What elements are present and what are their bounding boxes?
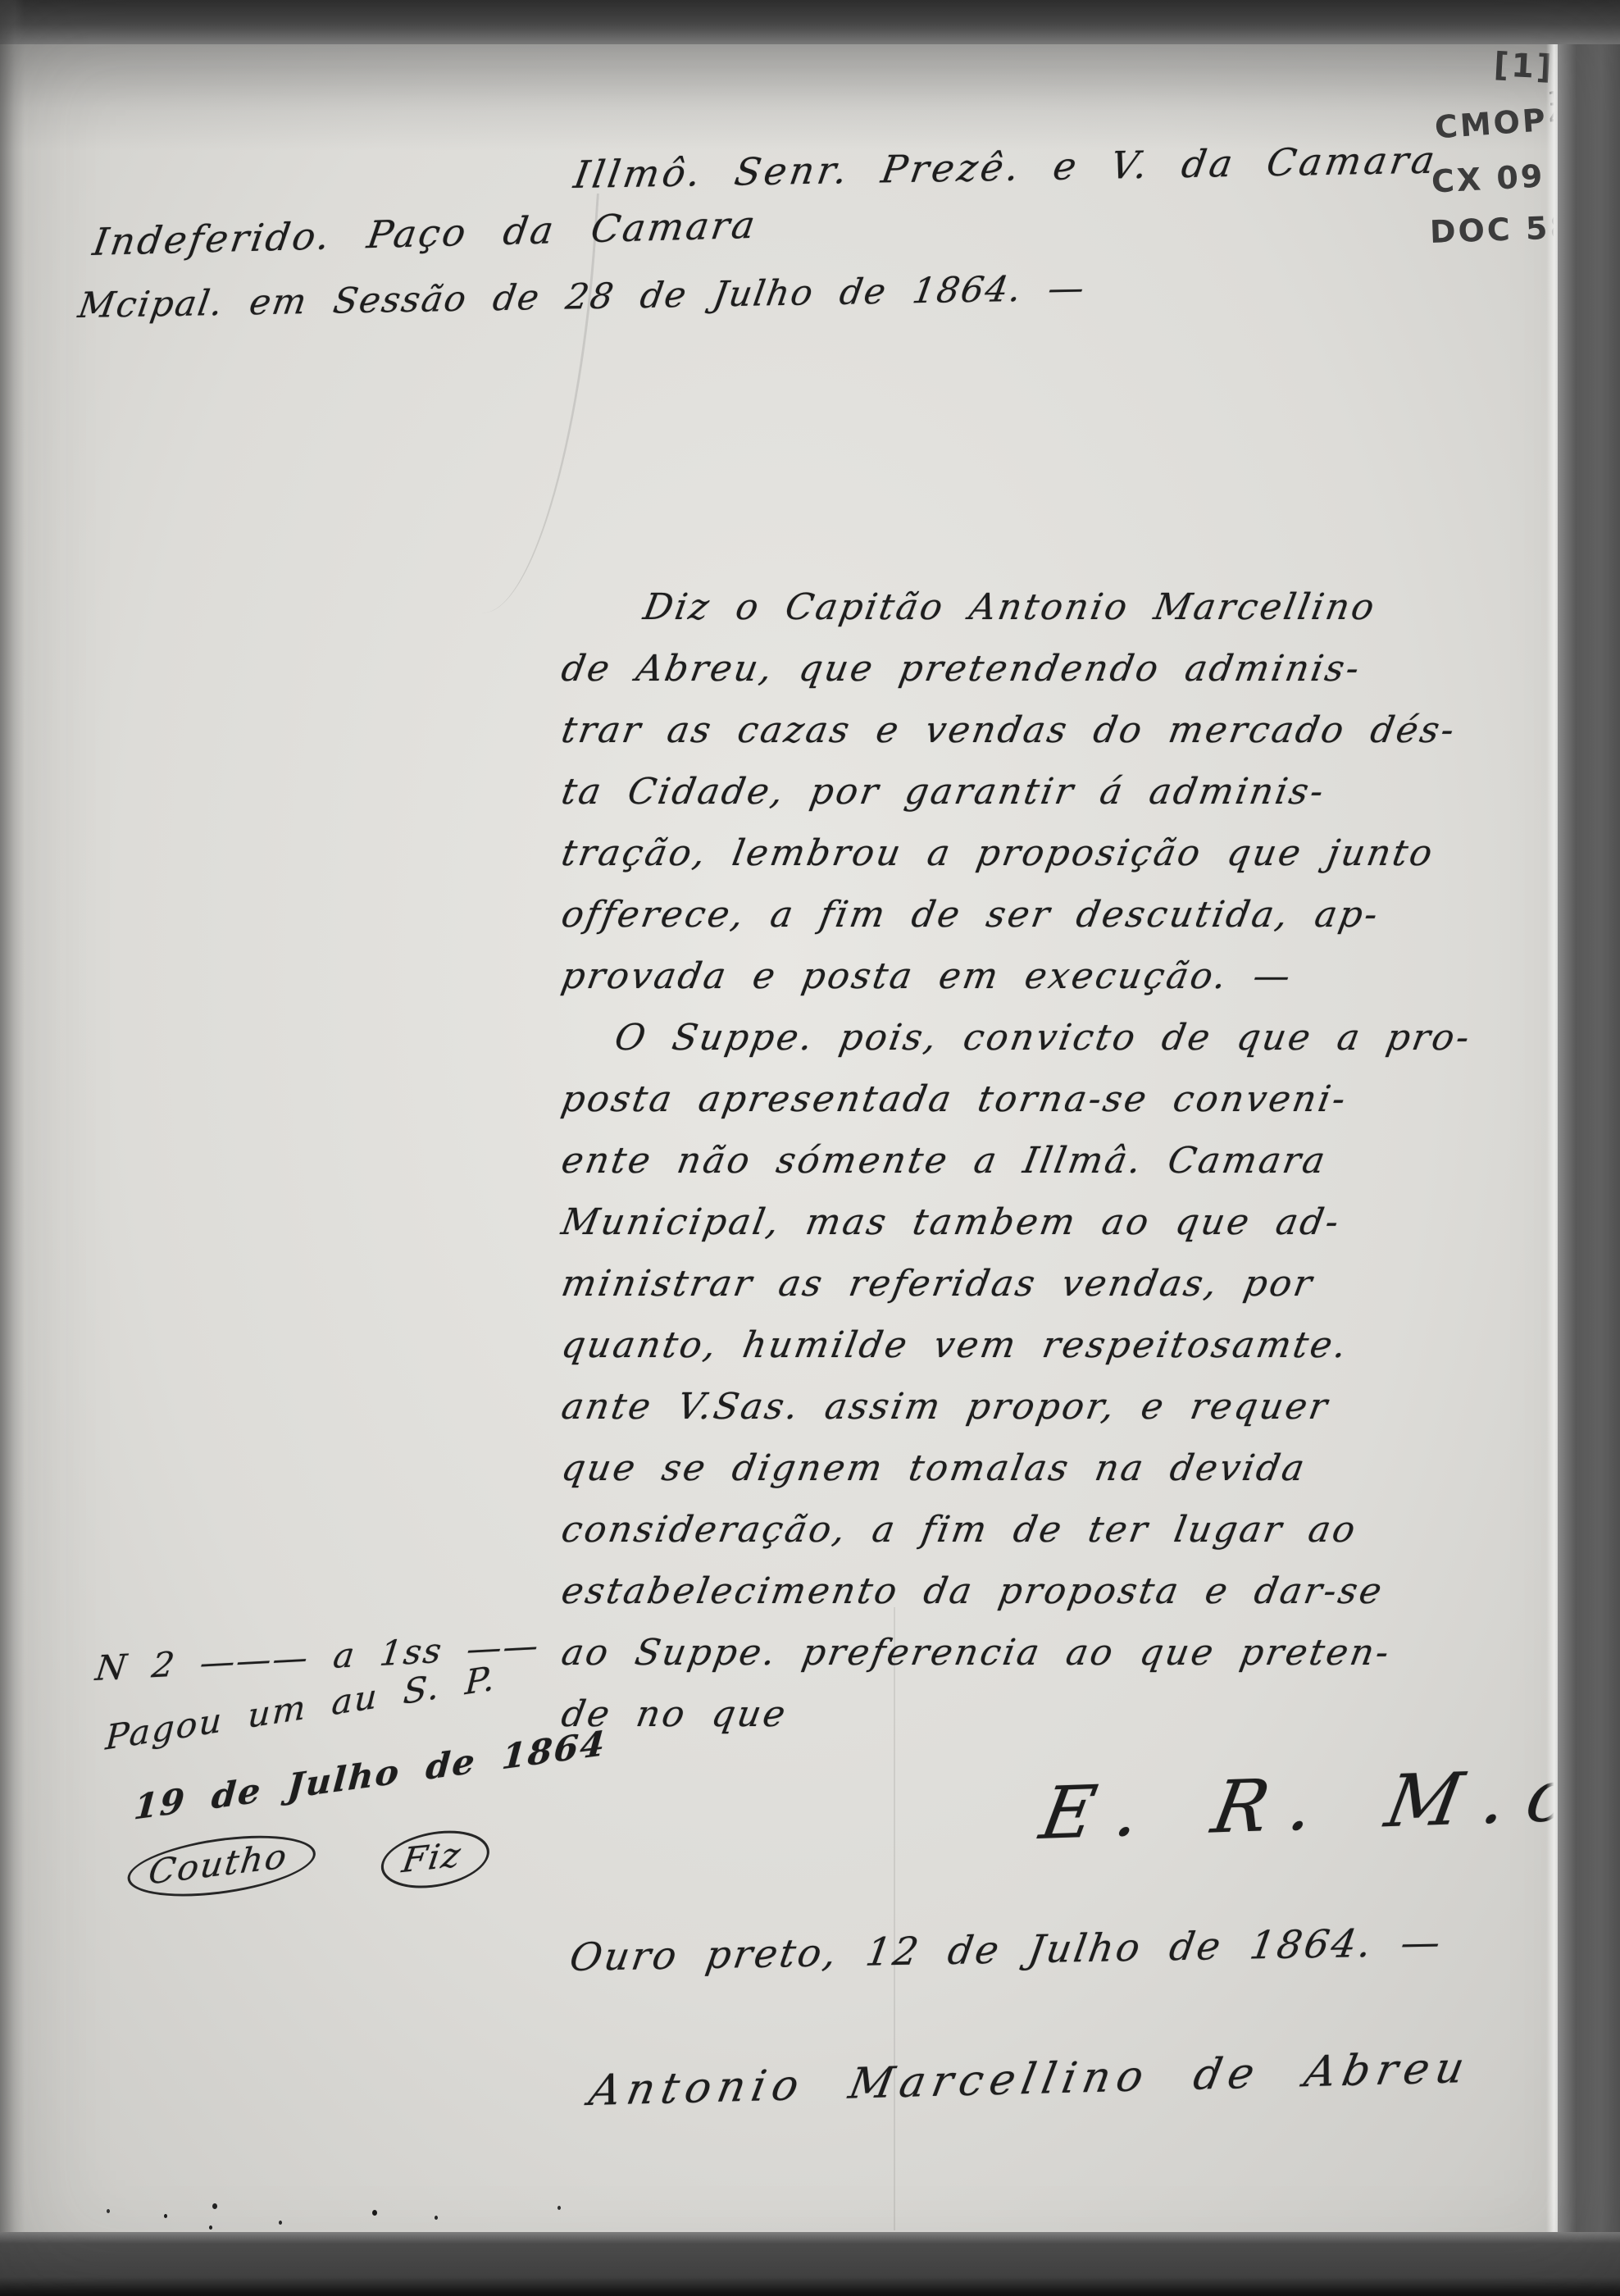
scan-edge-left bbox=[0, 0, 25, 2296]
body-line: quanto, humilde vem respeitosamte. bbox=[558, 1324, 1352, 1366]
body-line: provada e posta em execução. — bbox=[558, 955, 1296, 997]
paper-specks bbox=[164, 2214, 167, 2218]
body-line: ante V.Sas. assim propor, e requer bbox=[558, 1386, 1333, 1428]
scanned-document-page: [1] CMOP14 CX 09 DOC 58 Illmô. Senr. Pre… bbox=[0, 0, 1620, 2296]
body-line: ente não sómente a Illmâ. Camara bbox=[558, 1140, 1331, 1182]
body-line: Municipal, mas tambem ao que ad- bbox=[558, 1201, 1345, 1243]
dispatch-decision-line: Indeferido. Paço da Camara bbox=[90, 203, 761, 264]
body-line: trar as cazas e vendas do mercado dés- bbox=[558, 709, 1459, 751]
body-line: tração, lembrou a proposição que junto bbox=[558, 832, 1438, 874]
body-line: ta Cidade, por garantir á adminis- bbox=[558, 771, 1329, 813]
paper-fold-line bbox=[894, 1607, 895, 2230]
body-line: consideração, a fim de ter lugar ao bbox=[558, 1509, 1361, 1551]
archival-collection-label: CMOP bbox=[1434, 102, 1549, 146]
archival-box-number: CX 09 bbox=[1431, 157, 1545, 199]
body-line: ao Suppe. preferencia ao que preten- bbox=[558, 1632, 1395, 1674]
scan-edge-top bbox=[0, 0, 1620, 44]
body-line: de Abreu, que pretendendo adminis- bbox=[558, 648, 1365, 690]
body-line: Diz o Capitão Antonio Marcellino bbox=[640, 586, 1380, 628]
clerk-rubric-signature: Fiz bbox=[377, 1826, 493, 1893]
body-line: posta apresentada torna-se conveni- bbox=[558, 1078, 1351, 1120]
body-line: ministrar as referidas vendas, por bbox=[558, 1263, 1317, 1305]
place-date-line: Ouro preto, 12 de Julho de 1864. — bbox=[567, 1920, 1445, 1980]
scan-edge-right bbox=[1558, 0, 1620, 2296]
scan-edge-bottom bbox=[0, 2232, 1620, 2296]
body-line: estabelecimento da proposta e dar-se bbox=[558, 1570, 1387, 1612]
rubric-flourish: Fiz bbox=[377, 1826, 493, 1893]
body-line: que se dignem tomalas na devida bbox=[558, 1447, 1310, 1489]
body-line: offerece, a fim de ser descutida, ap- bbox=[558, 894, 1383, 936]
clerk-rubric-signature: Coutho bbox=[124, 1827, 318, 1906]
paper-top-shadow bbox=[0, 44, 1620, 151]
closing-formula: E. R. M.cê bbox=[1035, 1750, 1620, 1856]
petitioner-signature: Antonio Marcellino de Abreu bbox=[585, 2043, 1475, 2116]
body-line: O Suppe. pois, convicto de que a pro- bbox=[612, 1017, 1475, 1059]
rubric-flourish: Coutho bbox=[124, 1827, 318, 1906]
